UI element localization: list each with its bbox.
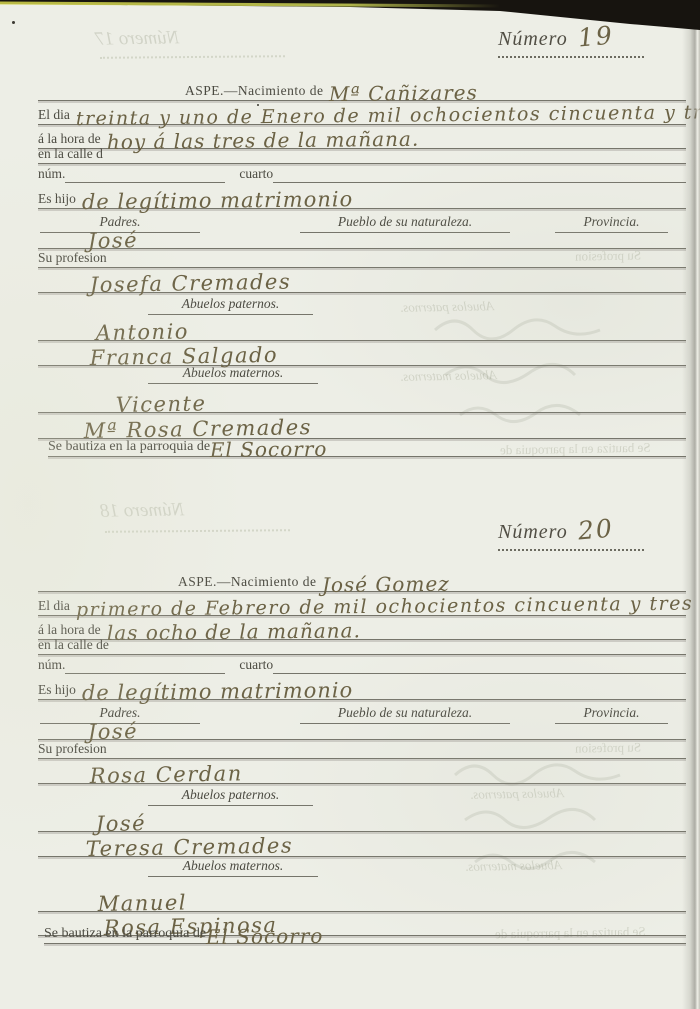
numero-underline — [498, 549, 644, 551]
numero-label: Número — [498, 521, 568, 543]
record-number-row: Número 19 — [498, 22, 658, 56]
paternal-grandmother-line: Franca Salgado — [38, 339, 686, 366]
parish-name: El Socorro — [206, 924, 324, 949]
record-number-value: 19 — [577, 20, 615, 52]
number-quarter-row: núm. cuarto — [38, 659, 686, 674]
father-name-line: José — [38, 713, 686, 740]
baptism-parish-row: Se bautiza en la parroquia de El Socorro — [44, 921, 686, 944]
calle-label: en la calle d — [38, 146, 103, 163]
abuelos-paternos-label: Abuelos paternos. — [148, 787, 313, 806]
record-title-row: ASPE.—Nacimiento de Mª Cañizares — [38, 76, 686, 101]
birth-date-row: El dia primero de Febrero de mil ochocie… — [38, 593, 686, 616]
mother-name: Josefa Cremades — [90, 269, 292, 297]
street-row: en la calle de — [38, 639, 686, 655]
paternal-grandmother-line: Teresa Cremades — [38, 830, 686, 857]
num-label: núm. — [38, 657, 65, 674]
cuarto-label: cuarto — [239, 166, 273, 183]
record-number-row: Número 20 — [498, 515, 658, 549]
num-label: núm. — [38, 166, 65, 183]
maternal-grandfather-line: Manuel — [38, 885, 686, 912]
calle-label: en la calle de — [38, 637, 109, 654]
legitimacy-row: Es hijo de legítimo matrimonio — [38, 679, 686, 700]
street-row: en la calle d — [38, 148, 686, 164]
legitimacy-value: de legítimo matrimonio — [82, 678, 354, 705]
birth-date-row: El dia treinta y uno de Enero de mil och… — [38, 102, 686, 125]
el-dia-label: El dia — [38, 598, 70, 615]
father-name-line: José — [38, 222, 686, 249]
parish-name: El Socorro — [210, 437, 328, 462]
paternal-grandfather-line: José — [38, 805, 686, 832]
abuelos-maternos-label: Abuelos maternos. — [148, 365, 318, 384]
abuelos-maternos-label: Abuelos maternos. — [148, 858, 318, 877]
mother-name-line: Josefa Cremades — [38, 266, 686, 293]
title-label: ASPE.—Nacimiento de — [178, 574, 316, 591]
bautiza-label: Se bautiza en la parroquia de — [44, 926, 206, 943]
number-quarter-row: núm. cuarto — [38, 168, 686, 183]
legitimacy-row: Es hijo de legítimo matrimonio — [38, 188, 686, 209]
paternal-grandfather-line: Antonio — [38, 314, 686, 341]
su-profesion-label: Su profesion — [38, 741, 107, 758]
numero-underline — [498, 56, 644, 58]
numero-label: Número — [498, 28, 568, 50]
title-label: ASPE.—Nacimiento de — [185, 83, 323, 100]
birth-record-20: Número 20 ASPE.—Nacimiento de José Gomez… — [0, 495, 700, 965]
cuarto-label: cuarto — [239, 657, 273, 674]
abuelos-paternos-label: Abuelos paternos. — [148, 296, 313, 315]
su-profesion-label: Su profesion — [38, 250, 107, 267]
es-hijo-label: Es hijo — [38, 682, 76, 699]
paternal-grandmother-name: Teresa Cremades — [86, 833, 294, 861]
maternal-grandfather-line: Vicente — [38, 386, 686, 413]
birth-record-19: Número 19 ASPE.—Nacimiento de Mª Cañizar… — [0, 2, 700, 472]
mother-name: Rosa Cerdan — [90, 761, 243, 788]
record-title-row: ASPE.—Nacimiento de José Gomez — [38, 567, 686, 592]
registry-page: Número 17 Su profesion Abuelos paternos.… — [0, 0, 700, 1009]
bautiza-label: Se bautiza en la parroquia de — [48, 439, 210, 456]
legitimacy-value: de legítimo matrimonio — [82, 187, 354, 214]
birth-hour-row: á la hora de las ocho de la mañana. — [38, 617, 686, 640]
record-number-value: 20 — [577, 513, 615, 545]
mother-name-line: Rosa Cerdan — [38, 757, 686, 784]
birth-hour-row: á la hora de hoy á las tres de la mañana… — [38, 126, 686, 149]
es-hijo-label: Es hijo — [38, 191, 76, 208]
baptism-parish-row: Se bautiza en la parroquia de El Socorro — [48, 434, 686, 457]
el-dia-label: El dia — [38, 107, 70, 124]
